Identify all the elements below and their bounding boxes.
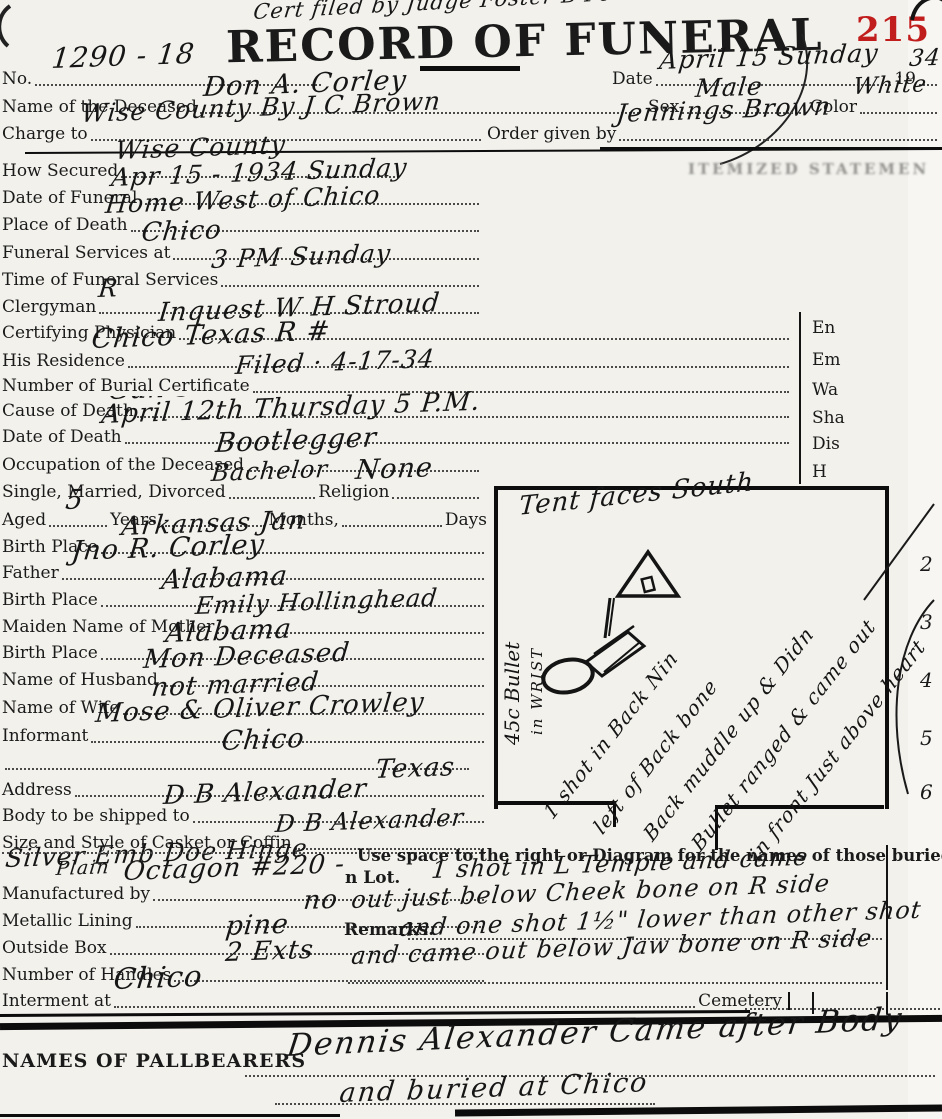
field-label-order: Order given by <box>487 126 616 143</box>
dotted-leader <box>49 525 107 527</box>
margin-number-2: 2 <box>920 552 933 576</box>
handwritten-value: Chico <box>112 959 204 996</box>
handwritten-value: no <box>302 885 340 916</box>
field-label-charge: Charge to <box>2 126 88 143</box>
separator-line-dark <box>600 147 942 150</box>
bottom-rule-left <box>0 1114 340 1117</box>
handwritten-no: 1290 - 18 <box>50 37 197 75</box>
bottom-rule-right <box>455 1104 942 1116</box>
field-label-religion: Religion <box>318 484 389 501</box>
field-label-no: No. <box>2 71 32 88</box>
field-label-date: Date <box>612 71 653 88</box>
field-label: Clergyman <box>2 299 96 316</box>
field-label-interment: Interment at <box>2 993 111 1010</box>
handwritten-value: Texas <box>374 752 456 785</box>
title-rule <box>420 66 520 71</box>
field-row-date-of-death: Date of Death April 12th Thursday 5 P.M. <box>2 422 792 446</box>
dotted-leader <box>392 497 479 499</box>
handwritten-casket-note2: Plain <box>55 856 111 880</box>
handwritten-religion: None <box>354 452 434 486</box>
field-label-days: Days <box>445 512 487 529</box>
field-label: Manufactured by <box>2 886 150 903</box>
handwritten-value: 3 PM Sunday <box>210 239 393 274</box>
dotted-leader <box>114 1006 695 1008</box>
diagram-side-note-1: 45c Bullet <box>500 642 524 745</box>
handwritten-value: 2 Exts <box>224 935 315 968</box>
handwritten-year: 34 <box>908 45 942 72</box>
field-label: Birth Place <box>2 645 98 662</box>
field-label: Address <box>2 782 72 799</box>
handwritten-value: Bootlegger <box>214 422 378 459</box>
field-label-marital: Single, Married, Divorced <box>2 484 226 501</box>
field-label: Birth Place <box>2 592 98 609</box>
dotted-line <box>275 1103 655 1105</box>
field-label: Name of Husband <box>2 672 158 689</box>
field-label: Occupation of the Deceased <box>2 457 244 474</box>
side-label-wa: Wa <box>812 380 838 400</box>
dotted-leader <box>342 525 442 527</box>
left-edge-smudge <box>0 4 14 48</box>
field-label: His Residence <box>2 353 125 370</box>
handwritten-value: Chico <box>220 723 306 757</box>
side-label-dis: Dis <box>812 434 840 454</box>
handwritten-value: Octagon #220 - <box>122 849 347 887</box>
dotted-leader <box>221 285 479 287</box>
field-label: Informant <box>2 728 88 745</box>
corner-mark <box>910 0 942 22</box>
handwritten-value: R <box>97 273 120 303</box>
field-row-time-of-funeral: Time of Funeral Services 3 PM Sunday <box>2 265 482 289</box>
dotted-line <box>348 982 882 984</box>
field-row-place-of-death: Place of Death Home West of Chico <box>2 210 482 234</box>
field-label-aged: Aged <box>2 512 46 529</box>
handwritten-marital: Bachelor <box>210 455 330 487</box>
field-label: Place of Death <box>2 217 128 234</box>
margin-number-4: 4 <box>920 668 933 692</box>
field-label: Metallic Lining <box>2 913 133 930</box>
handwritten-value: D B Alexander <box>162 774 368 811</box>
margin-number-6: 6 <box>920 780 933 804</box>
field-label: Date of Death <box>2 429 122 446</box>
margin-number-5: 5 <box>920 726 933 750</box>
ghost-text: ITEMIZED STATEMENT <box>688 160 928 178</box>
field-row-order: Order given by Jennings Brown <box>487 119 940 143</box>
field-label: Outside Box <box>2 940 107 957</box>
handwritten-color: White <box>852 71 928 100</box>
handwritten-value: Filed · 4-17-34 <box>234 344 436 380</box>
pallbearers-label: NAMES OF PALLBEARERS <box>2 1050 306 1072</box>
margin-number-3: 3 <box>920 610 933 634</box>
handwritten-age: 5 <box>64 484 85 516</box>
dotted-leader <box>860 112 937 114</box>
side-label-h: H <box>812 462 827 482</box>
handwritten-value: Chico <box>140 215 223 248</box>
dotted-leader <box>619 139 937 141</box>
field-label: Father <box>2 565 59 582</box>
column-divider <box>799 312 801 484</box>
dotted-leader <box>229 497 316 499</box>
field-label: Number of Burial Certificate <box>2 378 250 395</box>
side-label-sha: Sha <box>812 408 845 428</box>
handwritten-order: Jennings Brown <box>615 91 833 128</box>
funeral-record-document: Cert filed by Judge Foster B'Port RECORD… <box>0 0 942 1119</box>
field-label: How Secured <box>2 163 118 180</box>
dotted-leader <box>128 366 789 368</box>
side-label-em: Em <box>812 350 841 370</box>
field-row-interment: Interment at Cemetery Chico <box>2 986 790 1010</box>
side-label-en: En <box>812 318 835 338</box>
